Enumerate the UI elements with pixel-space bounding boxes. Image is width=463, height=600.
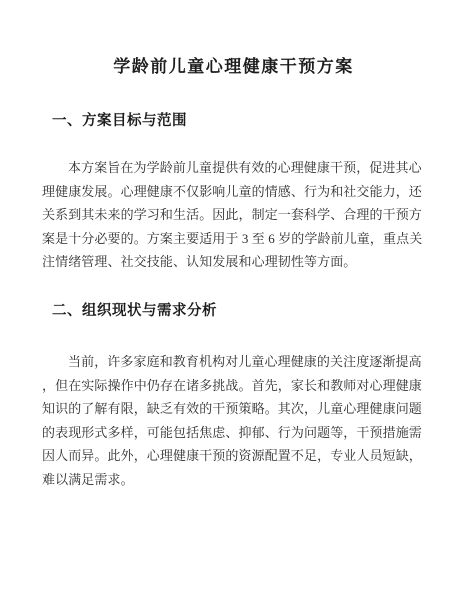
section-heading-goals-and-scope: 一、方案目标与范围 [52,110,425,132]
document-title: 学龄前儿童心理健康干预方案 [42,55,425,79]
section-heading-status-and-needs: 二、组织现状与需求分析 [52,300,425,322]
paragraph-status-and-needs: 当前，许多家庭和教育机构对儿童心理健康的关注度逐渐提高 ，但在实际操作中仍存在诸… [42,350,425,492]
paragraph-goals-and-scope: 本方案旨在为学龄前儿童提供有效的心理健康干预，促进其心 理健康发展。心理健康不仅… [42,156,425,274]
section-status-and-needs: 二、组织现状与需求分析 当前，许多家庭和教育机构对儿童心理健康的关注度逐渐提高 … [42,300,425,492]
section-goals-and-scope: 一、方案目标与范围 本方案旨在为学龄前儿童提供有效的心理健康干预，促进其心 理健… [42,110,425,274]
document-page: 学龄前儿童心理健康干预方案 一、方案目标与范围 本方案旨在为学龄前儿童提供有效的… [0,0,463,600]
